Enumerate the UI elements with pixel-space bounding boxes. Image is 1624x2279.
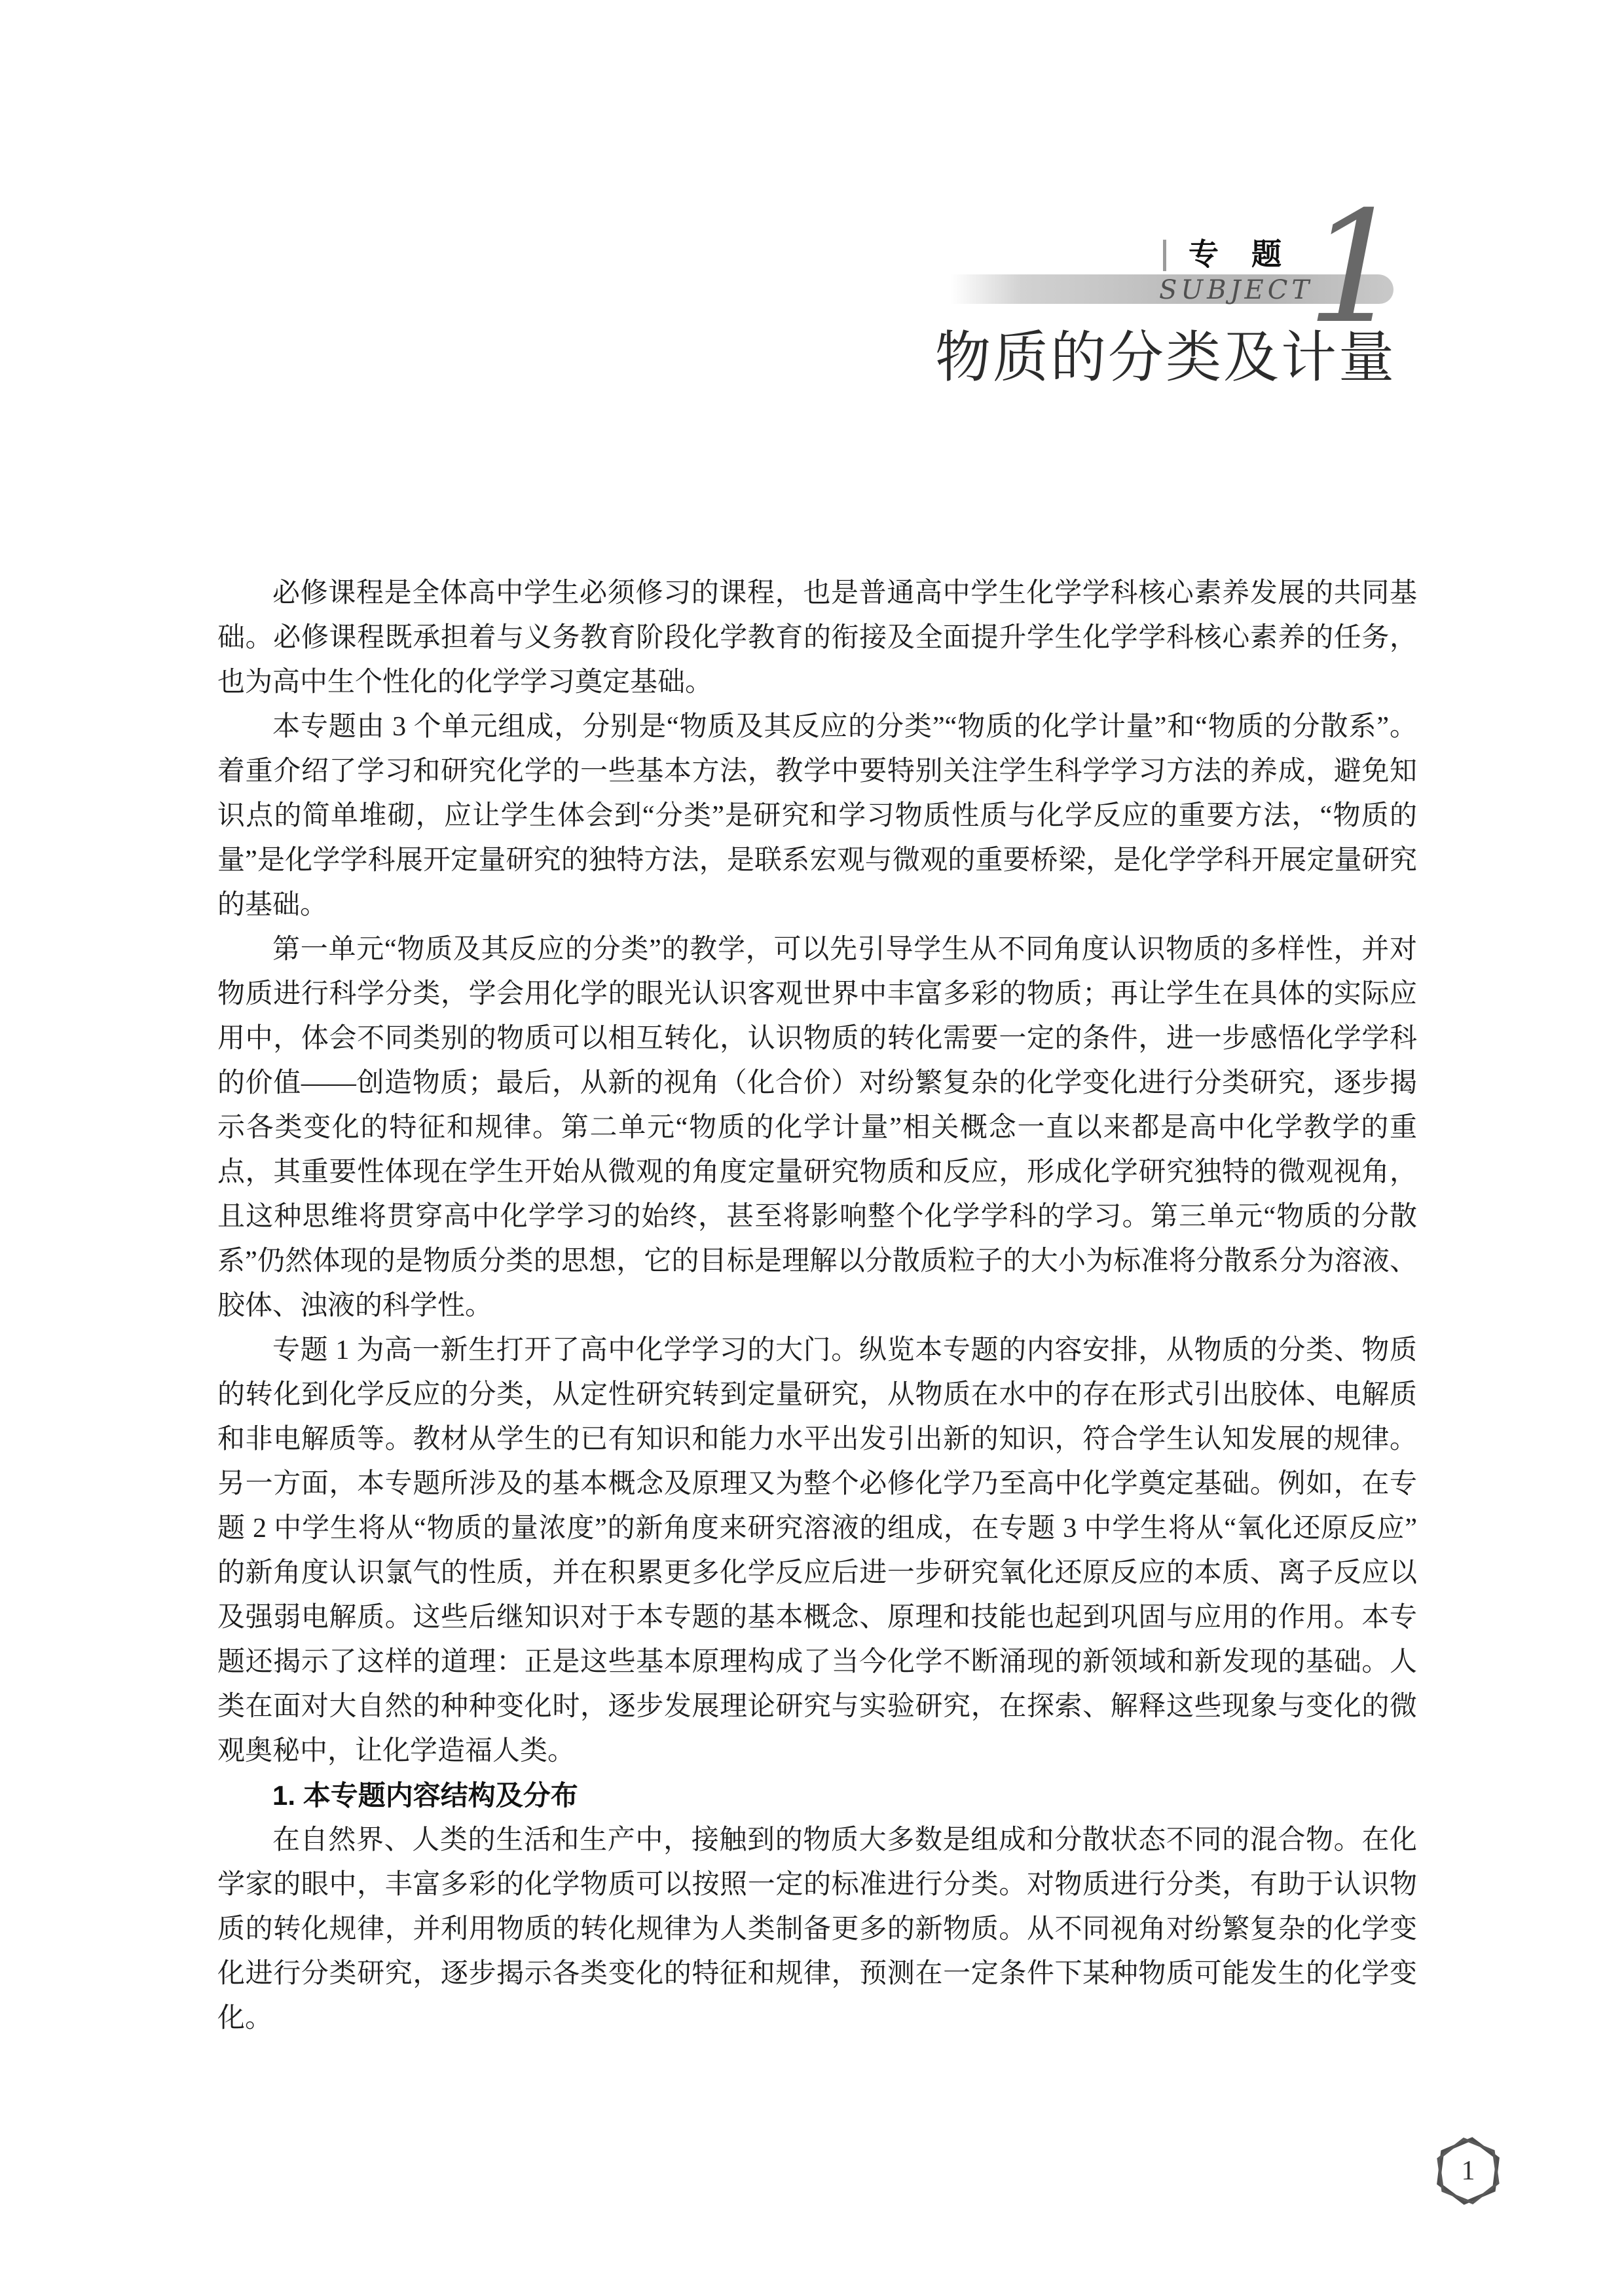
page-number-badge: 1 bbox=[1431, 2132, 1505, 2210]
topic-divider-bar bbox=[1163, 240, 1166, 271]
paragraph-5: 在自然界、人类的生活和生产中，接触到的物质大多数是组成和分散状态不同的混合物。在… bbox=[217, 1818, 1417, 2041]
paragraph-3: 第一单元“物质及其反应的分类”的教学，可以先引导学生从不同角度认识物质的多样性，… bbox=[217, 927, 1417, 1328]
book-page: 专 题 SUBJECT 1 物质的分类及计量 必修课程是全体高中学生必须修习的课… bbox=[0, 0, 1624, 2279]
topic-label-cn: 专 题 bbox=[1189, 237, 1283, 271]
page-body: 必修课程是全体高中学生必须修习的课程，也是普通高中学生化学学科核心素养发展的共同… bbox=[217, 571, 1417, 2041]
topic-label-en: SUBJECT bbox=[1159, 276, 1313, 305]
paragraph-2: 本专题由 3 个单元组成，分别是“物质及其反应的分类”“物质的化学计量”和“物质… bbox=[217, 705, 1417, 927]
chapter-title: 物质的分类及计量 bbox=[935, 322, 1396, 394]
topic-number: 1 bbox=[1306, 203, 1418, 334]
page-number: 1 bbox=[1431, 2132, 1505, 2210]
section-heading: 1. 本专题内容结构及分布 bbox=[217, 1773, 1417, 1818]
paragraph-1: 必修课程是全体高中学生必须修习的课程，也是普通高中学生化学学科核心素养发展的共同… bbox=[217, 571, 1417, 705]
paragraph-4: 专题 1 为高一新生打开了高中化学学习的大门。纵览本专题的内容安排，从物质的分类… bbox=[217, 1328, 1417, 1773]
